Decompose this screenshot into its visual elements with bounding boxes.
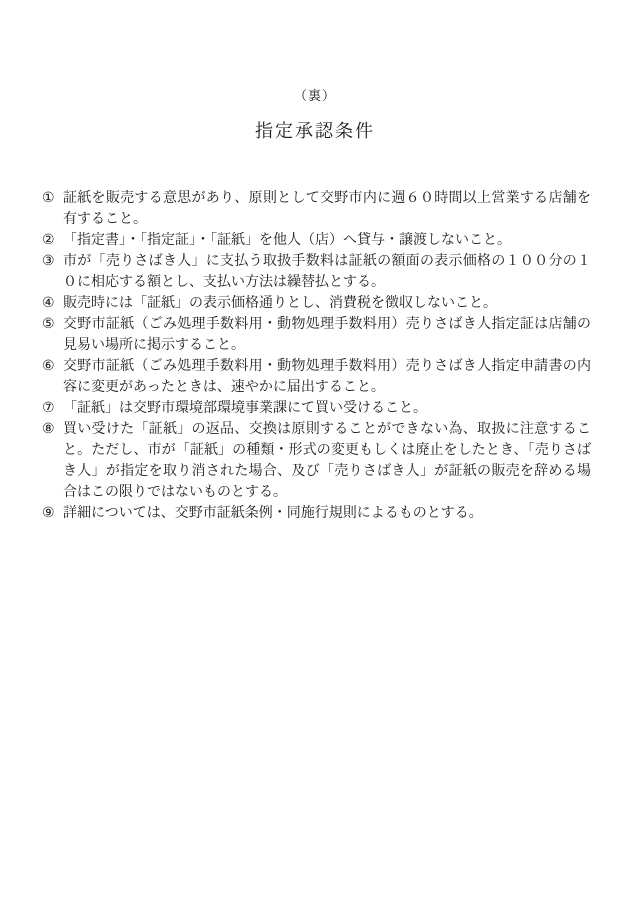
condition-number: ⑧ (42, 419, 63, 503)
page-side-label: （裏） (0, 0, 630, 104)
condition-number: ⑤ (42, 314, 63, 356)
condition-text: 詳細については、交野市証紙条例・同施行規則によるものとする。 (63, 503, 591, 524)
condition-item-6: ⑥ 交野市証紙（ごみ処理手数料用・動物処理手数料用）売りさばき人指定申請書の内容… (42, 356, 591, 398)
condition-text: 「証紙」は交野市環境部環境事業課にて買い受けること。 (63, 398, 591, 419)
condition-item-9: ⑨ 詳細については、交野市証紙条例・同施行規則によるものとする。 (42, 503, 591, 524)
condition-item-4: ④ 販売時には「証紙」の表示価格通りとし、消費税を徴収しないこと。 (42, 293, 591, 314)
condition-item-1: ① 証紙を販売する意思があり、原則として交野市内に週６０時間以上営業する店舗を有… (42, 188, 591, 230)
condition-number: ④ (42, 293, 63, 314)
condition-text: 市が「売りさばき人」に支払う取扱手数料は証紙の額面の表示価格の１００分の１０に相… (63, 251, 591, 293)
condition-number: ② (42, 230, 63, 251)
condition-number: ⑦ (42, 398, 63, 419)
condition-text: 証紙を販売する意思があり、原則として交野市内に週６０時間以上営業する店舗を有する… (63, 188, 591, 230)
condition-number: ⑥ (42, 356, 63, 398)
condition-number: ① (42, 188, 63, 230)
condition-item-7: ⑦ 「証紙」は交野市環境部環境事業課にて買い受けること。 (42, 398, 591, 419)
condition-text: 交野市証紙（ごみ処理手数料用・動物処理手数料用）売りさばき人指定証は店舗の見易い… (63, 314, 591, 356)
condition-item-3: ③ 市が「売りさばき人」に支払う取扱手数料は証紙の額面の表示価格の１００分の１０… (42, 251, 591, 293)
page-title: 指定承認条件 (0, 117, 630, 143)
condition-text: 買い受けた「証紙」の返品、交換は原則することができない為、取扱に注意すること。た… (63, 419, 591, 503)
condition-item-5: ⑤ 交野市証紙（ごみ処理手数料用・動物処理手数料用）売りさばき人指定証は店舗の見… (42, 314, 591, 356)
condition-text: 交野市証紙（ごみ処理手数料用・動物処理手数料用）売りさばき人指定申請書の内容に変… (63, 356, 591, 398)
conditions-list: ① 証紙を販売する意思があり、原則として交野市内に週６０時間以上営業する店舗を有… (42, 188, 591, 524)
condition-text: 「指定書」・「指定証」・「証紙」を他人（店）へ貸与・譲渡しないこと。 (63, 230, 591, 251)
condition-item-8: ⑧ 買い受けた「証紙」の返品、交換は原則することができない為、取扱に注意すること… (42, 419, 591, 503)
condition-text: 販売時には「証紙」の表示価格通りとし、消費税を徴収しないこと。 (63, 293, 591, 314)
condition-number: ③ (42, 251, 63, 293)
document-page: （裏） 指定承認条件 ① 証紙を販売する意思があり、原則として交野市内に週６０時… (0, 0, 630, 903)
condition-number: ⑨ (42, 503, 63, 524)
condition-item-2: ② 「指定書」・「指定証」・「証紙」を他人（店）へ貸与・譲渡しないこと。 (42, 230, 591, 251)
